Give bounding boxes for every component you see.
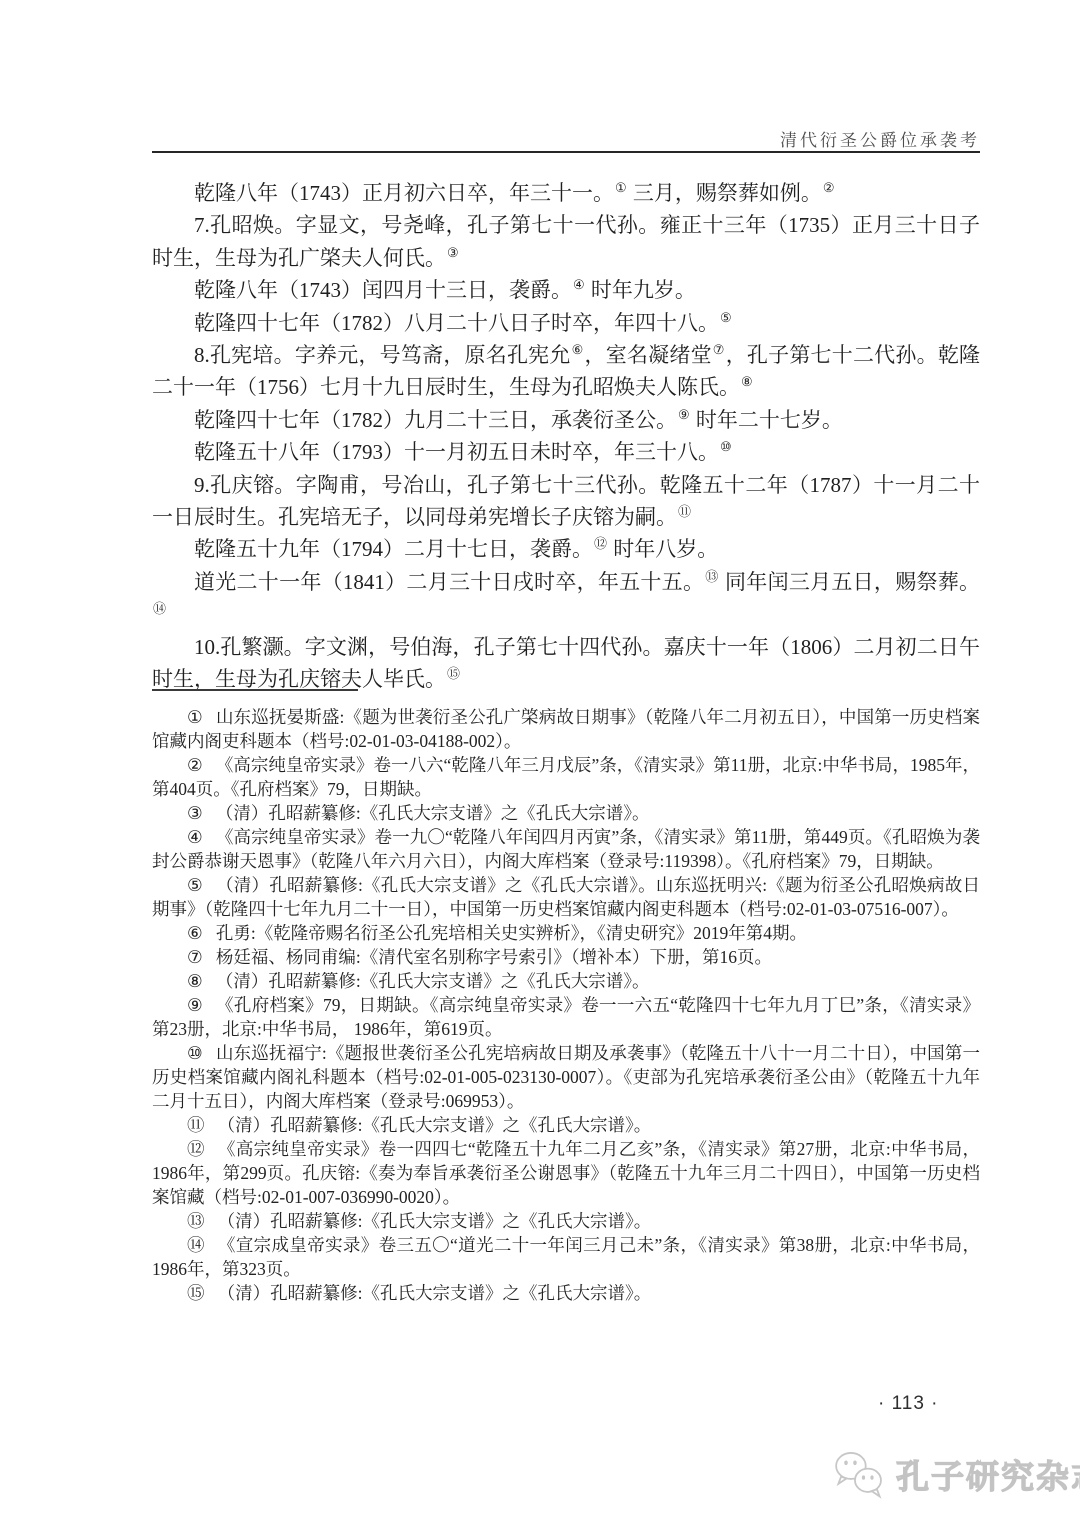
footnote-number: ⑮ (187, 1283, 205, 1303)
footnote-item: ①山东巡抚晏斯盛:《题为世袭衍圣公孔广棨病故日期事》（乾隆八年二月初五日），中国… (152, 705, 980, 753)
footnote-ref: ⑩ (719, 439, 733, 454)
footnote-item: ③（清）孔昭薪纂修:《孔氏大宗支谱》之《孔氏大宗谱》。 (152, 801, 980, 825)
footnote-item: ⑧（清）孔昭薪纂修:《孔氏大宗支谱》之《孔氏大宗谱》。 (152, 969, 980, 993)
body-text: 乾隆八年（1743）正月初六日卒，年三十一。① 三月，赐祭葬如例。②7.孔昭焕。… (152, 177, 980, 696)
wechat-icon (830, 1448, 888, 1500)
footnote-number: ④ (187, 827, 203, 847)
footnote-ref: ⑪ (677, 504, 692, 519)
footnote-number: ⑬ (187, 1211, 205, 1231)
footnote-item: ④《高宗纯皇帝实录》卷一九〇“乾隆八年闰四月丙寅”条，《清实录》第11册，第44… (152, 825, 980, 873)
footnote-number: ⑥ (187, 923, 203, 943)
footnote-item: ⑤（清）孔昭薪纂修:《孔氏大宗支谱》之《孔氏大宗谱》。山东巡抚明兴:《题为衍圣公… (152, 873, 980, 921)
body-paragraph: 8.孔宪培。字养元，号笃斋，原名孔宪允⑥，室名凝绪堂⑦，孔子第七十二代孙。乾隆二… (152, 339, 980, 404)
footnote-item: ⑥孔勇:《乾隆帝赐名衍圣公孔宪培相关史实辨析》，《清史研究》2019年第4期。 (152, 921, 980, 945)
footnote-ref: ② (822, 180, 836, 195)
footnote-ref: ⑧ (740, 374, 754, 389)
footnote-item: ⑬（清）孔昭薪纂修:《孔氏大宗支谱》之《孔氏大宗谱》。 (152, 1209, 980, 1233)
footnote-item: ⑪（清）孔昭薪纂修:《孔氏大宗支谱》之《孔氏大宗谱》。 (152, 1113, 980, 1137)
footnote-number: ⑦ (187, 947, 203, 967)
body-paragraph: 道光二十一年（1841）二月三十日戌时卒，年五十五。⑬ 同年闰三月五日，赐祭葬。… (152, 566, 980, 631)
footnote-ref: ① (614, 180, 628, 195)
body-paragraph: 10.孔繁灏。字文渊，号伯海，孔子第七十四代孙。嘉庆十一年（1806）二月初二日… (152, 631, 980, 696)
running-title: 清代衍圣公爵位承袭考 (780, 126, 980, 151)
body-paragraph: 乾隆四十七年（1782）八月二十八日子时卒，年四十八。⑤ (152, 307, 980, 339)
journal-page: 清代衍圣公爵位承袭考 乾隆八年（1743）正月初六日卒，年三十一。① 三月，赐祭… (0, 0, 1080, 1526)
footnote-item: ⑮（清）孔昭薪纂修:《孔氏大宗支谱》之《孔氏大宗谱》。 (152, 1281, 980, 1305)
footnote-ref: ④ (572, 277, 586, 292)
footnote-ref: ③ (446, 245, 460, 260)
footnote-number: ⑤ (187, 875, 203, 895)
footnote-item: ⑩山东巡抚福宁:《题报世袭衍圣公孔宪培病故日期及承袭事》（乾隆五十八十一月二十日… (152, 1041, 980, 1113)
footnote-number: ⑨ (187, 995, 203, 1015)
footnote-item: ⑦杨廷福、杨同甫编:《清代室名别称字号索引》（增补本）下册，第16页。 (152, 945, 980, 969)
footnote-number: ⑫ (187, 1139, 205, 1159)
footnotes: ①山东巡抚晏斯盛:《题为世袭衍圣公孔广棨病故日期事》（乾隆八年二月初五日），中国… (152, 705, 980, 1305)
footnote-item: ⑭《宣宗成皇帝实录》卷三五〇“道光二十一年闰三月己未”条，《清实录》第38册，北… (152, 1233, 980, 1281)
footnote-item: ⑫《高宗纯皇帝实录》卷一四四七“乾隆五十九年二月乙亥”条，《清实录》第27册，北… (152, 1137, 980, 1209)
footnote-ref: ⑮ (446, 666, 461, 681)
footnote-item: ②《高宗纯皇帝实录》卷一八六“乾隆八年三月戊辰”条，《清实录》第11册，北京:中… (152, 753, 980, 801)
footnote-number: ② (187, 755, 203, 775)
footnote-number: ③ (187, 803, 203, 823)
footnote-ref: ⑫ (593, 536, 608, 551)
body-paragraph: 乾隆五十八年（1793）十一月初五日未时卒，年三十八。⑩ (152, 436, 980, 468)
page-number: · 113 · (878, 1393, 939, 1415)
footnote-ref: ⑬ (704, 569, 719, 584)
footnote-number: ① (187, 707, 203, 727)
footnote-ref: ⑤ (719, 310, 733, 325)
body-paragraph: 乾隆八年（1743）闰四月十三日，袭爵。④ 时年九岁。 (152, 274, 980, 306)
journal-watermark: 孔子研究杂志 (830, 1448, 1080, 1500)
footnote-number: ⑪ (187, 1115, 205, 1135)
footnote-ref: ⑥ (571, 342, 585, 357)
footnote-item: ⑨《孔府档案》79，日期缺。《高宗纯皇帝实录》卷一一六五“乾隆四十七年九月丁巳”… (152, 993, 980, 1041)
watermark-label: 孔子研究杂志 (896, 1451, 1080, 1498)
footnote-ref: ⑦ (712, 342, 726, 357)
footnote-number: ⑩ (187, 1043, 203, 1063)
body-paragraph: 乾隆五十九年（1794）二月十七日，袭爵。⑫ 时年八岁。 (152, 533, 980, 565)
footnote-number: ⑭ (187, 1235, 205, 1255)
body-paragraph: 7.孔昭焕。字显文，号尧峰，孔子第七十一代孙。雍正十三年（1735）正月三十日子… (152, 209, 980, 274)
header-rule (152, 151, 980, 153)
body-paragraph: 乾隆四十七年（1782）九月二十三日，承袭衍圣公。⑨ 时年二十七岁。 (152, 404, 980, 436)
body-paragraph: 9.孔庆镕。字陶甫，号冶山，孔子第七十三代孙。乾隆五十二年（1787）十一月二十… (152, 469, 980, 534)
footnote-ref: ⑭ (152, 601, 167, 616)
footnote-number: ⑧ (187, 971, 203, 991)
body-paragraph: 乾隆八年（1743）正月初六日卒，年三十一。① 三月，赐祭葬如例。② (152, 177, 980, 209)
footnote-ref: ⑨ (677, 407, 691, 422)
footnote-separator (152, 689, 358, 691)
